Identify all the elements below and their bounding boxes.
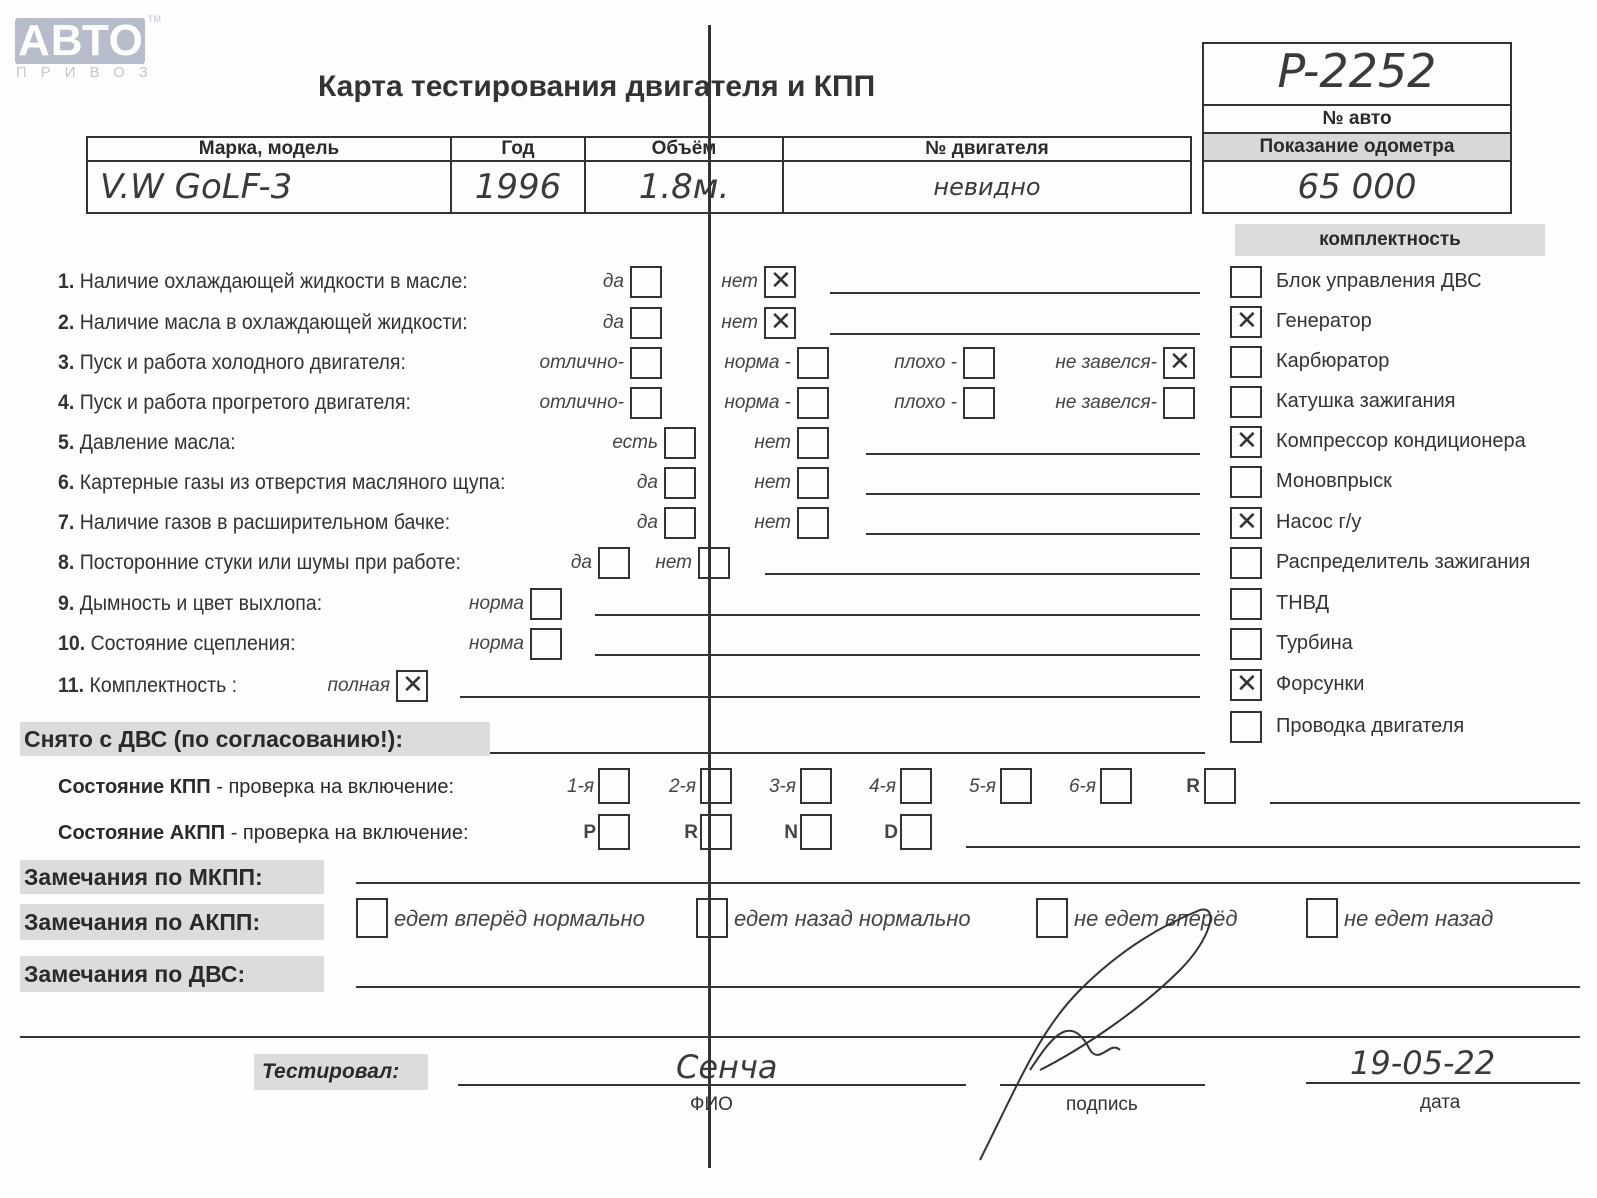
- option-checkbox[interactable]: [530, 628, 562, 660]
- completeness-checkbox[interactable]: [1230, 669, 1262, 701]
- akpp-gear-label: N: [784, 822, 798, 844]
- question-row: 4. Пуск и работа прогретого двигателя:от…: [0, 387, 1200, 423]
- question-row: 3. Пуск и работа холодного двигателя:отл…: [0, 347, 1200, 383]
- option-label: да: [571, 552, 592, 574]
- question-text: 3. Пуск и работа холодного двигателя:: [58, 351, 406, 375]
- date-caption: дата: [1420, 1092, 1460, 1114]
- option-label: норма: [469, 633, 524, 655]
- akpp-label: Состояние АКПП - проверка на включение:: [58, 822, 469, 845]
- removed-line[interactable]: [490, 752, 1205, 754]
- option-label: не завелся-: [1055, 392, 1157, 414]
- remarks-dvs-label: Замечания по ДВС:: [20, 956, 324, 992]
- option-checkbox[interactable]: [630, 387, 662, 419]
- akpp-gear-label: P: [583, 822, 596, 844]
- option-checkbox[interactable]: [664, 507, 696, 539]
- option-label: плохо -: [894, 392, 957, 414]
- completeness-item[interactable]: Форсунки: [1230, 669, 1570, 703]
- option-label: нет: [721, 312, 758, 334]
- completeness-label: Блок управления ДВС: [1276, 270, 1482, 293]
- question-text: 7. Наличие газов в расширительном бачке:: [58, 511, 450, 535]
- completeness-checkbox[interactable]: [1230, 426, 1262, 458]
- option-label: нет: [721, 271, 758, 293]
- question-notes-line[interactable]: [765, 573, 1200, 575]
- completeness-item[interactable]: Карбюратор: [1230, 346, 1570, 380]
- completeness-checkbox[interactable]: [1230, 547, 1262, 579]
- question-text: 4. Пуск и работа прогретого двигателя:: [58, 391, 411, 415]
- question-text: 10. Состояние сцепления:: [58, 632, 296, 656]
- completeness-label: Форсунки: [1276, 673, 1364, 696]
- completeness-item[interactable]: Проводка двигателя: [1230, 711, 1570, 745]
- option-label: нет: [754, 472, 791, 494]
- option-label: есть: [612, 432, 658, 454]
- question-text: 2. Наличие масла в охлаждающей жидкости:: [58, 311, 468, 335]
- kpp-gear-label: 6-я: [1069, 776, 1096, 798]
- page-title: Карта тестирования двигателя и КПП: [318, 70, 875, 104]
- kpp-gear-checkbox[interactable]: [1000, 768, 1032, 804]
- kpp-gear-label: 4-я: [869, 776, 896, 798]
- tested-label: Тестировал:: [254, 1054, 428, 1090]
- completeness-checkbox[interactable]: [1230, 346, 1262, 378]
- kpp-gear-checkbox[interactable]: [800, 768, 832, 804]
- kpp-gear-label: 5-я: [969, 776, 996, 798]
- completeness-checkbox[interactable]: [1230, 306, 1262, 338]
- tester-name[interactable]: Сенча: [676, 1048, 777, 1086]
- kpp-label: Состояние КПП - проверка на включение:: [58, 776, 454, 799]
- odometer-value[interactable]: 65 000: [1204, 162, 1510, 212]
- completeness-item[interactable]: Турбина: [1230, 628, 1570, 662]
- option-checkbox[interactable]: [630, 307, 662, 339]
- kpp-gear-checkbox[interactable]: [900, 768, 932, 804]
- completeness-label: Насос г/у: [1276, 511, 1361, 534]
- option-checkbox[interactable]: [630, 347, 662, 379]
- question-notes-line[interactable]: [866, 453, 1200, 455]
- completeness-item[interactable]: Насос г/у: [1230, 507, 1570, 541]
- option-label: полная: [328, 675, 391, 697]
- date-value[interactable]: 19-05-22: [1350, 1044, 1495, 1082]
- auto-number-value[interactable]: P-2252: [1204, 44, 1510, 106]
- completeness-item[interactable]: Катушка зажигания: [1230, 386, 1570, 420]
- akpp-gear-checkbox[interactable]: [598, 814, 630, 850]
- question-notes-line[interactable]: [866, 533, 1200, 535]
- logo-trademark: TM: [148, 14, 161, 24]
- question-text: 8. Посторонние стуки или шумы при работе…: [58, 551, 461, 575]
- option-checkbox[interactable]: [963, 347, 995, 379]
- completeness-checkbox[interactable]: [1230, 386, 1262, 418]
- option-label: да: [637, 512, 658, 534]
- akpp-notes-line[interactable]: [966, 846, 1580, 848]
- option-label: норма -: [724, 352, 791, 374]
- logo-sub: ПРИВОЗ: [16, 64, 162, 81]
- completeness-label: Распределитель зажигания: [1276, 551, 1530, 574]
- completeness-item[interactable]: Генератор: [1230, 306, 1570, 340]
- kpp-gear-label: 1-я: [567, 776, 594, 798]
- option-checkbox[interactable]: [1163, 387, 1195, 419]
- question-row: 5. Давление масла:естьнет: [0, 427, 1200, 463]
- question-notes-line[interactable]: [830, 292, 1200, 294]
- completeness-checkbox[interactable]: [1230, 628, 1262, 660]
- signature-scribble: [960, 900, 1250, 1170]
- option-checkbox[interactable]: [1163, 347, 1195, 379]
- remarks-mkpp-line[interactable]: [356, 882, 1580, 884]
- option-label: не завелся-: [1055, 352, 1157, 374]
- col-header-engine-no: № двигателя: [783, 137, 1191, 161]
- completeness-label: Турбина: [1276, 632, 1353, 655]
- akpp-remark-checkbox[interactable]: [1306, 898, 1338, 938]
- option-checkbox[interactable]: [630, 266, 662, 298]
- akpp-remark-label: не едет назад: [1344, 906, 1493, 932]
- akpp-remark-checkbox[interactable]: [696, 898, 728, 938]
- akpp-gear-label: R: [684, 822, 698, 844]
- remarks-mkpp-label: Замечания по МКПП:: [20, 860, 324, 894]
- option-checkbox[interactable]: [698, 547, 730, 579]
- question-notes-line[interactable]: [595, 654, 1200, 656]
- question-notes-line[interactable]: [830, 333, 1200, 335]
- option-checkbox[interactable]: [797, 467, 829, 499]
- completeness-item[interactable]: Моновпрыск: [1230, 466, 1570, 500]
- col-header-model: Марка, модель: [87, 137, 451, 161]
- question-row: 1. Наличие охлаждающей жидкости в масле:…: [0, 266, 1200, 302]
- logo-main: АВТО: [18, 16, 144, 66]
- option-label: да: [603, 312, 624, 334]
- option-label: нет: [655, 552, 692, 574]
- name-line: [458, 1084, 966, 1086]
- completeness-label: Компрессор кондиционера: [1276, 430, 1526, 453]
- scan-fold-line: [708, 25, 711, 1168]
- remarks-dvs-line-2[interactable]: [20, 1036, 1580, 1038]
- question-text: 1. Наличие охлаждающей жидкости в масле:: [58, 270, 468, 294]
- completeness-checkbox[interactable]: [1230, 507, 1262, 539]
- odometer-label: Показание одометра: [1204, 134, 1510, 162]
- option-checkbox[interactable]: [764, 266, 796, 298]
- completeness-checkbox[interactable]: [1230, 466, 1262, 498]
- engine-no-value[interactable]: невидно: [783, 161, 1191, 213]
- completeness-item[interactable]: Блок управления ДВС: [1230, 266, 1570, 300]
- option-checkbox[interactable]: [797, 347, 829, 379]
- kpp-gear-checkbox[interactable]: [598, 768, 630, 804]
- model-value[interactable]: V.W GoLF-3: [87, 161, 451, 213]
- completeness-item[interactable]: Компрессор кондиционера: [1230, 426, 1570, 460]
- akpp-remark-checkbox[interactable]: [356, 898, 388, 938]
- question-notes-line[interactable]: [866, 493, 1200, 495]
- option-label: норма -: [724, 392, 791, 414]
- option-label: плохо -: [894, 352, 957, 374]
- completeness-item[interactable]: Распределитель зажигания: [1230, 547, 1570, 581]
- akpp-gear-checkbox[interactable]: [700, 814, 732, 850]
- year-value[interactable]: 1996: [451, 161, 585, 213]
- option-label: нет: [754, 432, 791, 454]
- date-line: [1306, 1082, 1580, 1084]
- completeness-checkbox[interactable]: [1230, 588, 1262, 620]
- question-notes-line[interactable]: [595, 614, 1200, 616]
- completeness-label: Карбюратор: [1276, 350, 1389, 373]
- kpp-gear-label: 3-я: [769, 776, 796, 798]
- option-label: да: [637, 472, 658, 494]
- option-checkbox[interactable]: [664, 467, 696, 499]
- akpp-remark-label: едет вперёд нормально: [394, 906, 645, 932]
- akpp-gear-label: D: [884, 822, 898, 844]
- completeness-label: Моновпрыск: [1276, 470, 1392, 493]
- completeness-label: Генератор: [1276, 310, 1372, 333]
- option-checkbox[interactable]: [797, 507, 829, 539]
- question-row: 6. Картерные газы из отверстия масляного…: [0, 467, 1200, 503]
- question-row: 2. Наличие масла в охлаждающей жидкости:…: [0, 307, 1200, 343]
- question-text: 9. Дымность и цвет выхлопа:: [58, 592, 322, 616]
- test-card-sheet: АВТО ПРИВОЗ TM Карта тестирования двигат…: [0, 0, 1597, 1198]
- option-label: отлично-: [540, 352, 624, 374]
- option-checkbox[interactable]: [797, 387, 829, 419]
- question-notes-line[interactable]: [460, 696, 1200, 698]
- option-checkbox[interactable]: [530, 588, 562, 620]
- akpp-gear-checkbox[interactable]: [900, 814, 932, 850]
- kpp-gear-checkbox[interactable]: [700, 768, 732, 804]
- completeness-item[interactable]: ТНВД: [1230, 588, 1570, 622]
- completeness-header: комплектность: [1235, 224, 1545, 256]
- question-row: 8. Посторонние стуки или шумы при работе…: [0, 547, 1200, 583]
- option-checkbox[interactable]: [963, 387, 995, 419]
- option-checkbox[interactable]: [797, 427, 829, 459]
- auto-number-box: P-2252 № авто Показание одометра 65 000: [1202, 42, 1512, 214]
- kpp-gear-checkbox[interactable]: [1100, 768, 1132, 804]
- volume-value[interactable]: 1.8м.: [585, 161, 783, 213]
- name-caption: ФИО: [690, 1094, 733, 1116]
- col-header-volume: Объём: [585, 137, 783, 161]
- removed-label: Снято с ДВС (по согласованию!):: [20, 722, 490, 756]
- question-row: 9. Дымность и цвет выхлопа:норма: [0, 588, 1200, 624]
- option-label: нет: [754, 512, 791, 534]
- option-label: отлично-: [540, 392, 624, 414]
- completeness-checkbox[interactable]: [1230, 266, 1262, 298]
- remarks-akpp-label: Замечания по АКПП:: [20, 904, 324, 940]
- completeness-checkbox[interactable]: [1230, 711, 1262, 743]
- option-checkbox[interactable]: [664, 427, 696, 459]
- question-row: 7. Наличие газов в расширительном бачке:…: [0, 507, 1200, 543]
- completeness-label: Проводка двигателя: [1276, 715, 1464, 738]
- kpp-gear-checkbox[interactable]: [1204, 768, 1236, 804]
- question-text: 11. Комплектность :: [58, 674, 237, 698]
- completeness-label: Катушка зажигания: [1276, 390, 1456, 413]
- option-checkbox[interactable]: [396, 670, 428, 702]
- question-text: 6. Картерные газы из отверстия масляного…: [58, 471, 505, 495]
- option-checkbox[interactable]: [764, 307, 796, 339]
- option-label: да: [603, 271, 624, 293]
- akpp-remark-label: едет назад нормально: [734, 906, 971, 932]
- completeness-label: ТНВД: [1276, 592, 1329, 615]
- kpp-gear-label: 2-я: [669, 776, 696, 798]
- auto-number-label: № авто: [1204, 106, 1510, 134]
- vehicle-info-table: Марка, модель Год Объём № двигателя V.W …: [86, 136, 1192, 214]
- kpp-notes-line[interactable]: [1270, 802, 1580, 804]
- question-row: 11. Комплектность :полная: [0, 670, 1200, 706]
- kpp-gear-label: R: [1186, 776, 1200, 798]
- question-text: 5. Давление масла:: [58, 431, 236, 455]
- question-row: 10. Состояние сцепления:норма: [0, 628, 1200, 664]
- option-checkbox[interactable]: [598, 547, 630, 579]
- col-header-year: Год: [451, 137, 585, 161]
- akpp-gear-checkbox[interactable]: [800, 814, 832, 850]
- option-label: норма: [469, 593, 524, 615]
